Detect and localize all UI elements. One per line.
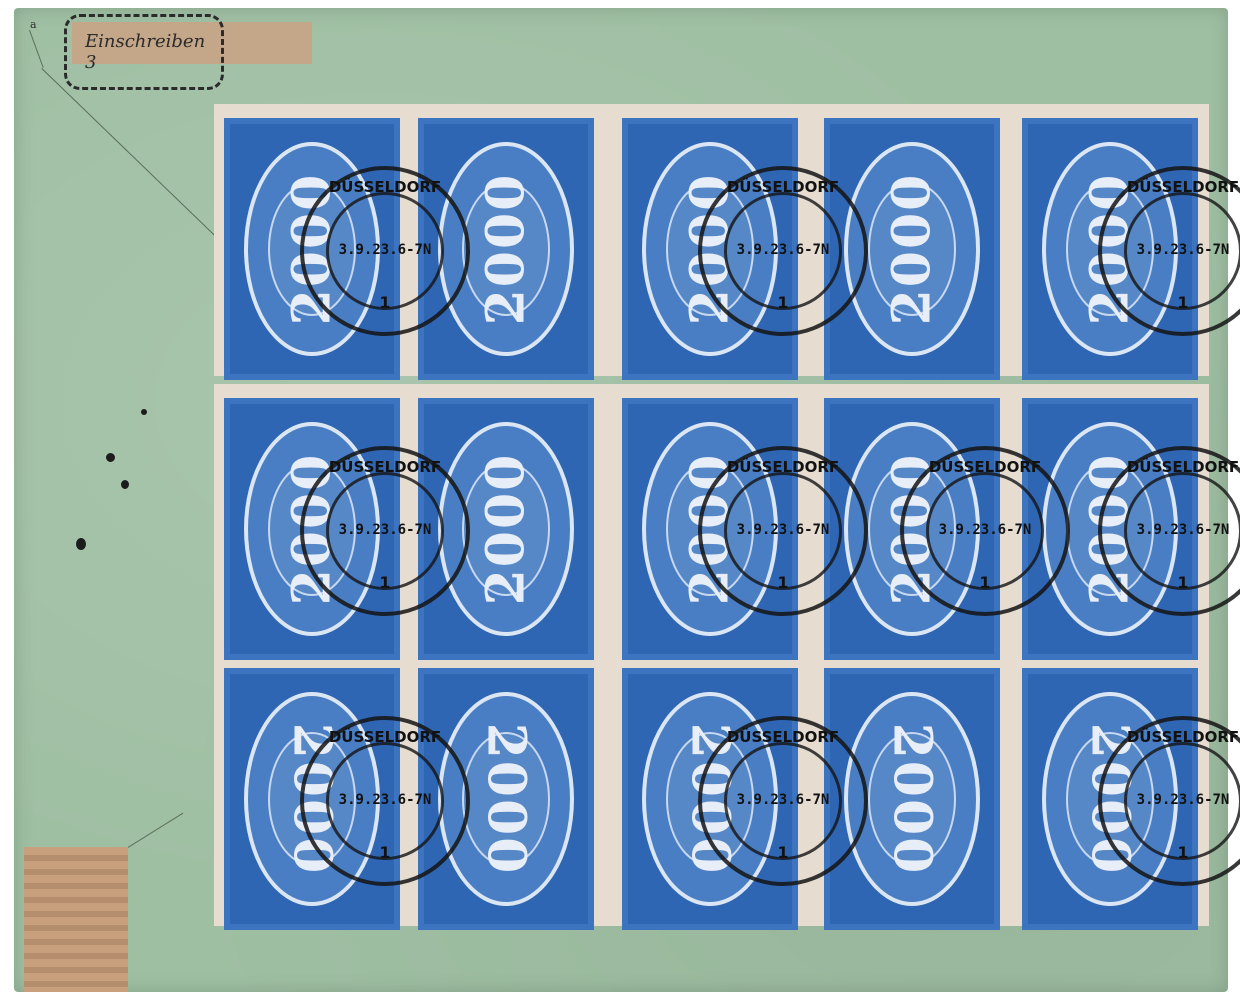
postmark-office: 1 — [1102, 293, 1240, 312]
postmark: DÜSSELDORF3.9.23.6-7N1 — [1098, 716, 1240, 886]
stamp-block: 2000200020002000200020002000200020002000… — [214, 96, 1214, 921]
postmark-office: 1 — [702, 843, 864, 862]
postmark: DÜSSELDORF3.9.23.6-7N1 — [698, 716, 868, 886]
registration-cachet-line1: Einschreiben — [85, 31, 221, 52]
corner-mark: a — [30, 18, 37, 31]
postmark-city: DÜSSELDORF — [304, 178, 466, 196]
postmark-date: 3.9.23.6-7N — [702, 242, 864, 258]
postmark-city: DÜSSELDORF — [304, 728, 466, 746]
postmark-city: DÜSSELDORF — [304, 458, 466, 476]
postmark-city: DÜSSELDORF — [1102, 458, 1240, 476]
postmark-city: DÜSSELDORF — [904, 458, 1066, 476]
registration-cachet-line2: 3 — [85, 52, 221, 73]
postmark: DÜSSELDORF3.9.23.6-7N1 — [1098, 166, 1240, 336]
postmark-date: 3.9.23.6-7N — [304, 242, 466, 258]
postmark: DÜSSELDORF3.9.23.6-7N1 — [300, 716, 470, 886]
repair-tape — [24, 847, 128, 992]
postmark-date: 3.9.23.6-7N — [1102, 522, 1240, 538]
ink-spot — [106, 453, 115, 462]
postmark-city: DÜSSELDORF — [1102, 178, 1240, 196]
postmark-date: 3.9.23.6-7N — [304, 792, 466, 808]
postmark-date: 3.9.23.6-7N — [304, 522, 466, 538]
stamp-denomination: 2000 — [882, 717, 943, 881]
postmark-office: 1 — [304, 293, 466, 312]
postmark-date: 3.9.23.6-7N — [702, 522, 864, 538]
postmark: DÜSSELDORF3.9.23.6-7N1 — [900, 446, 1070, 616]
postmark: DÜSSELDORF3.9.23.6-7N1 — [698, 166, 868, 336]
postmark: DÜSSELDORF3.9.23.6-7N1 — [1098, 446, 1240, 616]
ink-spot — [76, 538, 86, 550]
postmark-office: 1 — [702, 573, 864, 592]
postmark-city: DÜSSELDORF — [702, 728, 864, 746]
stamp-denomination: 2000 — [476, 447, 537, 611]
postmark-office: 1 — [702, 293, 864, 312]
ink-spot — [121, 480, 129, 489]
postmark-office: 1 — [1102, 843, 1240, 862]
postmark-office: 1 — [304, 843, 466, 862]
stamp-denomination: 2000 — [476, 167, 537, 331]
postmark-office: 1 — [1102, 573, 1240, 592]
stamp-denomination: 2000 — [882, 167, 943, 331]
postmark: DÜSSELDORF3.9.23.6-7N1 — [698, 446, 868, 616]
stamp-denomination: 2000 — [476, 717, 537, 881]
registration-cachet: Einschreiben 3 — [64, 14, 224, 90]
postmark-date: 3.9.23.6-7N — [702, 792, 864, 808]
postmark-date: 3.9.23.6-7N — [904, 522, 1066, 538]
postmark: DÜSSELDORF3.9.23.6-7N1 — [300, 446, 470, 616]
postmark-office: 1 — [304, 573, 466, 592]
postmark-date: 3.9.23.6-7N — [1102, 792, 1240, 808]
postmark: DÜSSELDORF3.9.23.6-7N1 — [300, 166, 470, 336]
postmark-city: DÜSSELDORF — [1102, 728, 1240, 746]
postmark-city: DÜSSELDORF — [702, 458, 864, 476]
postmark-office: 1 — [904, 573, 1066, 592]
postmark-date: 3.9.23.6-7N — [1102, 242, 1240, 258]
postmark-city: DÜSSELDORF — [702, 178, 864, 196]
ink-spot — [141, 409, 147, 415]
